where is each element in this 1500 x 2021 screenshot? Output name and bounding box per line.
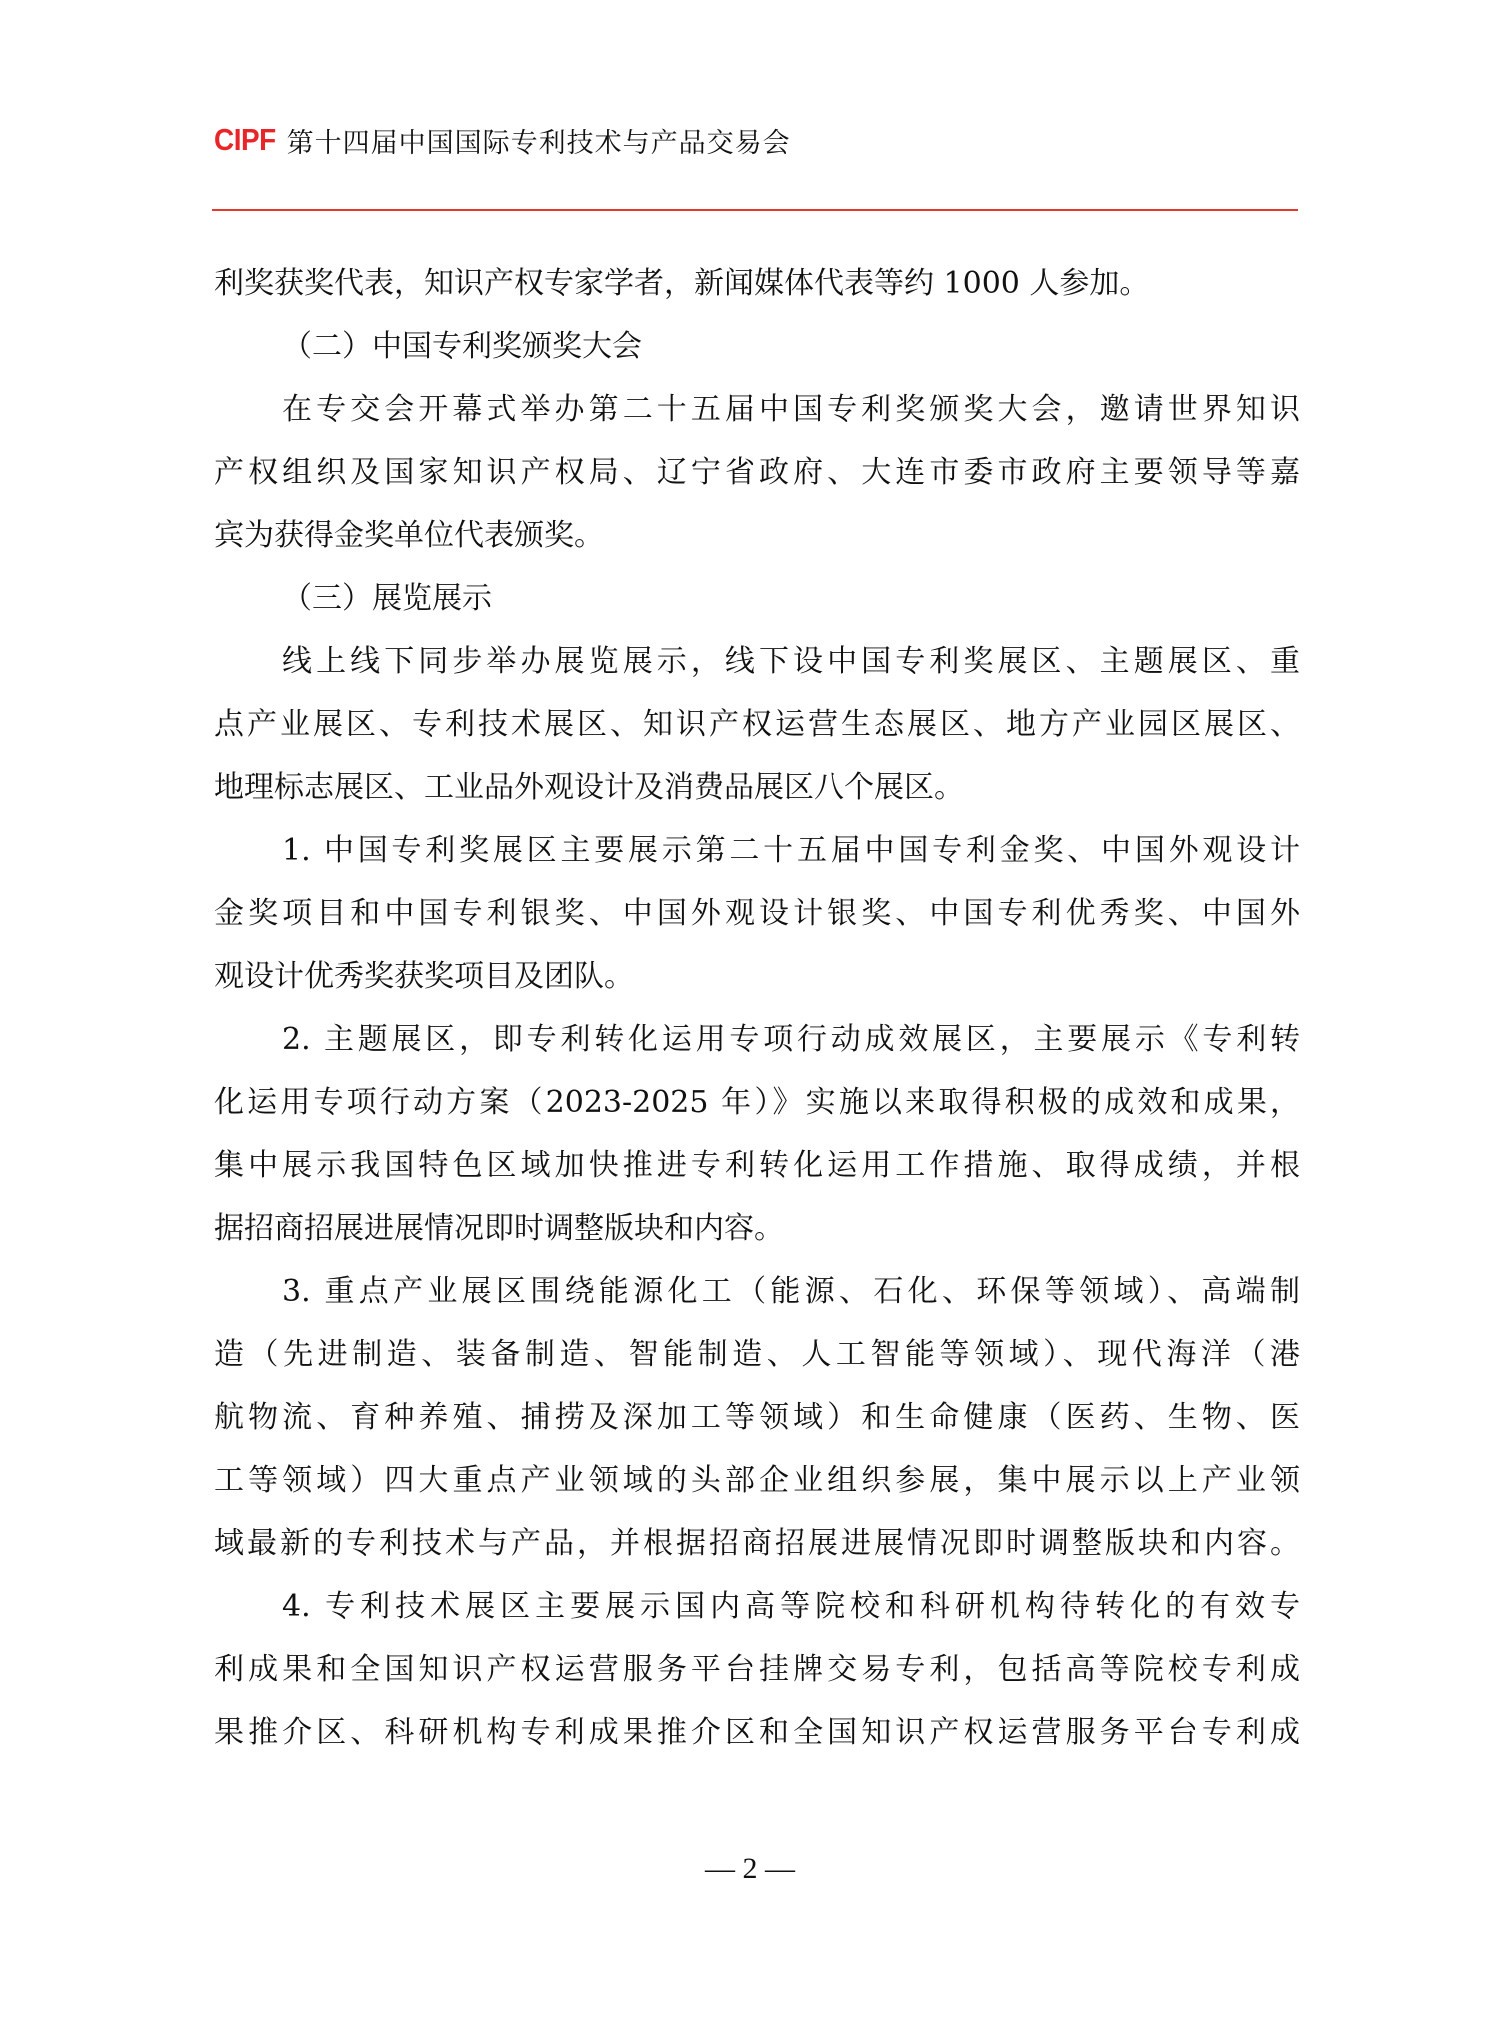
text-line: 航物流、育种养殖、捕捞及深加工等领域）和生命健康（医药、生物、医 <box>214 1386 1300 1449</box>
document-body: 利奖获奖代表，知识产权专家学者，新闻媒体代表等约 1000 人参加。（二）中国专… <box>214 252 1300 1764</box>
text-line: 果推介区、科研机构专利成果推介区和全国知识产权运营服务平台专利成 <box>214 1701 1300 1764</box>
text-line: 利奖获奖代表，知识产权专家学者，新闻媒体代表等约 1000 人参加。 <box>214 252 1300 315</box>
text-line: 据招商招展进展情况即时调整版块和内容。 <box>214 1197 1300 1260</box>
text-line: 化运用专项行动方案（2023-2025 年）》实施以来取得积极的成效和成果， <box>214 1071 1300 1134</box>
text-line: （三）展览展示 <box>214 567 1300 630</box>
text-line: 工等领域）四大重点产业领域的头部企业组织参展，集中展示以上产业领 <box>214 1449 1300 1512</box>
page-header: CIPF 第十四届中国国际专利技术与产品交易会 <box>214 118 791 162</box>
text-line: 产权组织及国家知识产权局、辽宁省政府、大连市委市政府主要领导等嘉 <box>214 441 1300 504</box>
text-line: 点产业展区、专利技术展区、知识产权运营生态展区、地方产业园区展区、 <box>214 693 1300 756</box>
text-line: 线上线下同步举办展览展示，线下设中国专利奖展区、主题展区、重 <box>214 630 1300 693</box>
text-line: 观设计优秀奖获奖项目及团队。 <box>214 945 1300 1008</box>
text-line: （二）中国专利奖颁奖大会 <box>214 315 1300 378</box>
text-line: 宾为获得金奖单位代表颁奖。 <box>214 504 1300 567</box>
header-divider <box>212 209 1298 211</box>
text-line: 利成果和全国知识产权运营服务平台挂牌交易专利，包括高等院校专利成 <box>214 1638 1300 1701</box>
text-line: 1. 中国专利奖展区主要展示第二十五届中国专利金奖、中国外观设计 <box>214 819 1300 882</box>
text-line: 4. 专利技术展区主要展示国内高等院校和科研机构待转化的有效专 <box>214 1575 1300 1638</box>
document-page: CIPF 第十四届中国国际专利技术与产品交易会 利奖获奖代表，知识产权专家学者，… <box>0 0 1500 2021</box>
text-line: 在专交会开幕式举办第二十五届中国专利奖颁奖大会，邀请世界知识 <box>214 378 1300 441</box>
brand-logo: CIPF <box>214 122 276 158</box>
text-line: 集中展示我国特色区域加快推进专利转化运用工作措施、取得成绩，并根 <box>214 1134 1300 1197</box>
text-line: 3. 重点产业展区围绕能源化工（能源、石化、环保等领域）、高端制 <box>214 1260 1300 1323</box>
text-line: 金奖项目和中国专利银奖、中国外观设计银奖、中国专利优秀奖、中国外 <box>214 882 1300 945</box>
header-title: 第十四届中国国际专利技术与产品交易会 <box>287 121 791 160</box>
text-line: 2. 主题展区，即专利转化运用专项行动成效展区，主要展示《专利转 <box>214 1008 1300 1071</box>
page-number: — 2 — <box>0 1852 1500 1886</box>
text-line: 造（先进制造、装备制造、智能制造、人工智能等领域）、现代海洋（港 <box>214 1323 1300 1386</box>
text-line: 域最新的专利技术与产品，并根据招商招展进展情况即时调整版块和内容。 <box>214 1512 1300 1575</box>
text-line: 地理标志展区、工业品外观设计及消费品展区八个展区。 <box>214 756 1300 819</box>
